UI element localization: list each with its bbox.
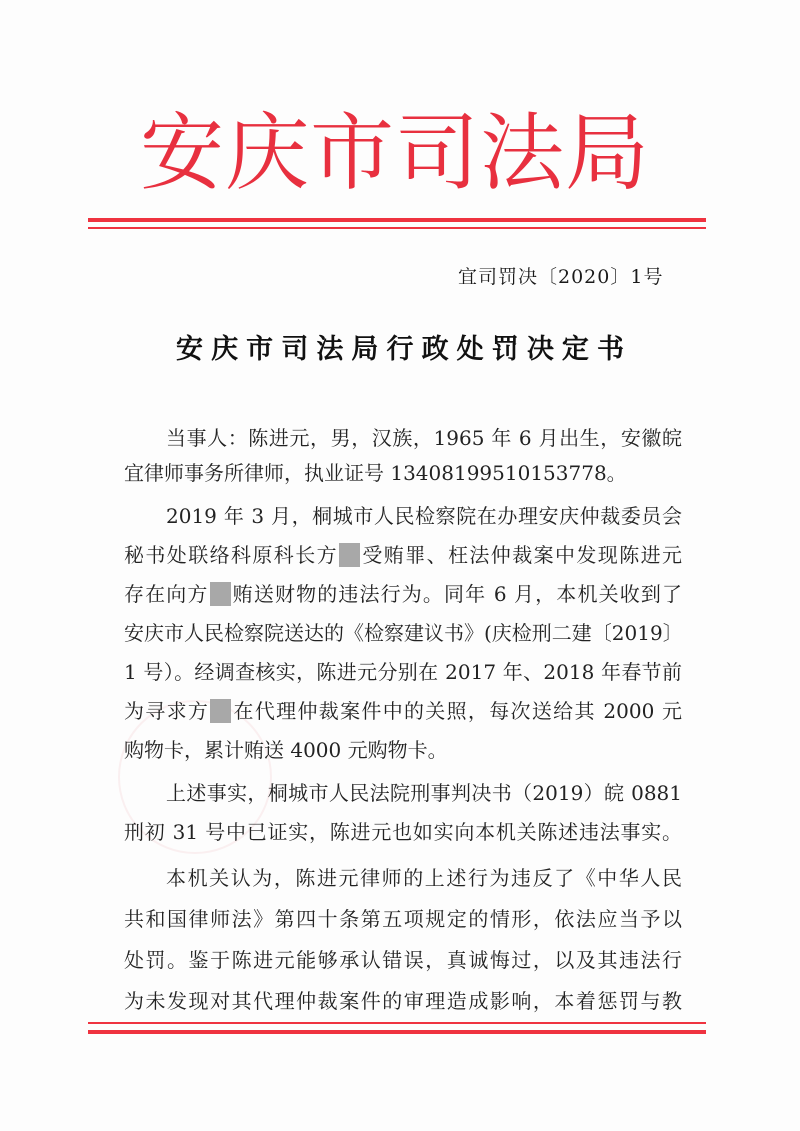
body-text: 1 号）。经调查核实，陈进元分别在 2017 年、2018 年春节前 bbox=[124, 660, 682, 684]
body-line: 秘书处联络科原科长方受贿罪、枉法仲裁案中发现陈进元 bbox=[124, 540, 682, 570]
letterhead-organization: 安庆市司法局 bbox=[140, 98, 610, 208]
body-line: 共和国律师法》第四十条第五项规定的情形，依法应当予以 bbox=[124, 904, 682, 934]
body-text: 贿送财物的违法行为。同年 6 月，本机关收到了 bbox=[232, 582, 682, 606]
redaction-box bbox=[210, 582, 231, 606]
body-line: 当事人：陈进元，男，汉族，1965 年 6 月出生，安徽皖 bbox=[166, 423, 682, 453]
body-text: 宜律师事务所律师，执业证号 13408199510153778。 bbox=[124, 461, 627, 485]
redaction-box bbox=[210, 699, 231, 723]
body-line: 安庆市人民检察院送达的《检察建议书》(庆检刑二建〔2019〕 bbox=[124, 618, 682, 648]
body-line: 1 号）。经调查核实，陈进元分别在 2017 年、2018 年春节前 bbox=[124, 657, 682, 687]
body-text: 上述事实，桐城市人民法院刑事判决书（2019）皖 0881 bbox=[166, 781, 682, 805]
footer-rule-thin bbox=[88, 1022, 706, 1024]
body-text: 本机关认为，陈进元律师的上述行为违反了《中华人民 bbox=[166, 866, 682, 890]
document-number: 宜司罚决〔2020〕1号 bbox=[458, 264, 663, 290]
body-text: 共和国律师法》第四十条第五项规定的情形，依法应当予以 bbox=[124, 907, 682, 931]
body-text: 当事人：陈进元，男，汉族，1965 年 6 月出生，安徽皖 bbox=[166, 426, 682, 450]
body-line: 本机关认为，陈进元律师的上述行为违反了《中华人民 bbox=[166, 863, 682, 893]
body-text: 受贿罪、枉法仲裁案中发现陈进元 bbox=[361, 543, 682, 567]
body-line: 处罚。鉴于陈进元能够承认错误，真诚悔过，以及其违法行 bbox=[124, 945, 682, 975]
body-text: 处罚。鉴于陈进元能够承认错误，真诚悔过，以及其违法行 bbox=[124, 948, 682, 972]
body-text: 购物卡，累计贿送 4000 元购物卡。 bbox=[124, 738, 448, 762]
body-text: 2019 年 3 月，桐城市人民检察院在办理安庆仲裁委员会 bbox=[166, 504, 682, 528]
body-text: 秘书处联络科原科长方 bbox=[124, 543, 338, 567]
body-line: 2019 年 3 月，桐城市人民检察院在办理安庆仲裁委员会 bbox=[166, 501, 682, 531]
body-text: 为寻求方 bbox=[124, 699, 209, 723]
body-text: 为未发现对其代理仲裁案件的审理造成影响，本着惩罚与教 bbox=[124, 989, 682, 1013]
document-page: 安庆市司法局 宜司罚决〔2020〕1号 安庆市司法局行政处罚决定书 当事人：陈进… bbox=[0, 0, 800, 1131]
body-line: 存在向方贿送财物的违法行为。同年 6 月，本机关收到了 bbox=[124, 579, 682, 609]
body-text: 刑初 31 号中已证实，陈进元也如实向本机关陈述违法事实。 bbox=[124, 820, 682, 844]
body-line: 购物卡，累计贿送 4000 元购物卡。 bbox=[124, 735, 682, 765]
body-line: 上述事实，桐城市人民法院刑事判决书（2019）皖 0881 bbox=[166, 778, 682, 808]
footer-rule-thick bbox=[88, 1030, 706, 1034]
body-text: 存在向方 bbox=[124, 582, 209, 606]
redaction-box bbox=[339, 543, 360, 567]
letterhead-rule-thick bbox=[88, 218, 706, 222]
body-text: 在代理仲裁案件中的关照，每次送给其 2000 元 bbox=[232, 699, 682, 723]
body-line: 为未发现对其代理仲裁案件的审理造成影响，本着惩罚与教 bbox=[124, 986, 682, 1016]
document-title: 安庆市司法局行政处罚决定书 bbox=[176, 330, 624, 370]
letterhead-rule-thin bbox=[88, 227, 706, 229]
body-line: 宜律师事务所律师，执业证号 13408199510153778。 bbox=[124, 458, 682, 488]
body-text: 安庆市人民检察院送达的《检察建议书》(庆检刑二建〔2019〕 bbox=[124, 621, 683, 645]
body-line: 刑初 31 号中已证实，陈进元也如实向本机关陈述违法事实。 bbox=[124, 817, 682, 847]
body-line: 为寻求方在代理仲裁案件中的关照，每次送给其 2000 元 bbox=[124, 696, 682, 726]
